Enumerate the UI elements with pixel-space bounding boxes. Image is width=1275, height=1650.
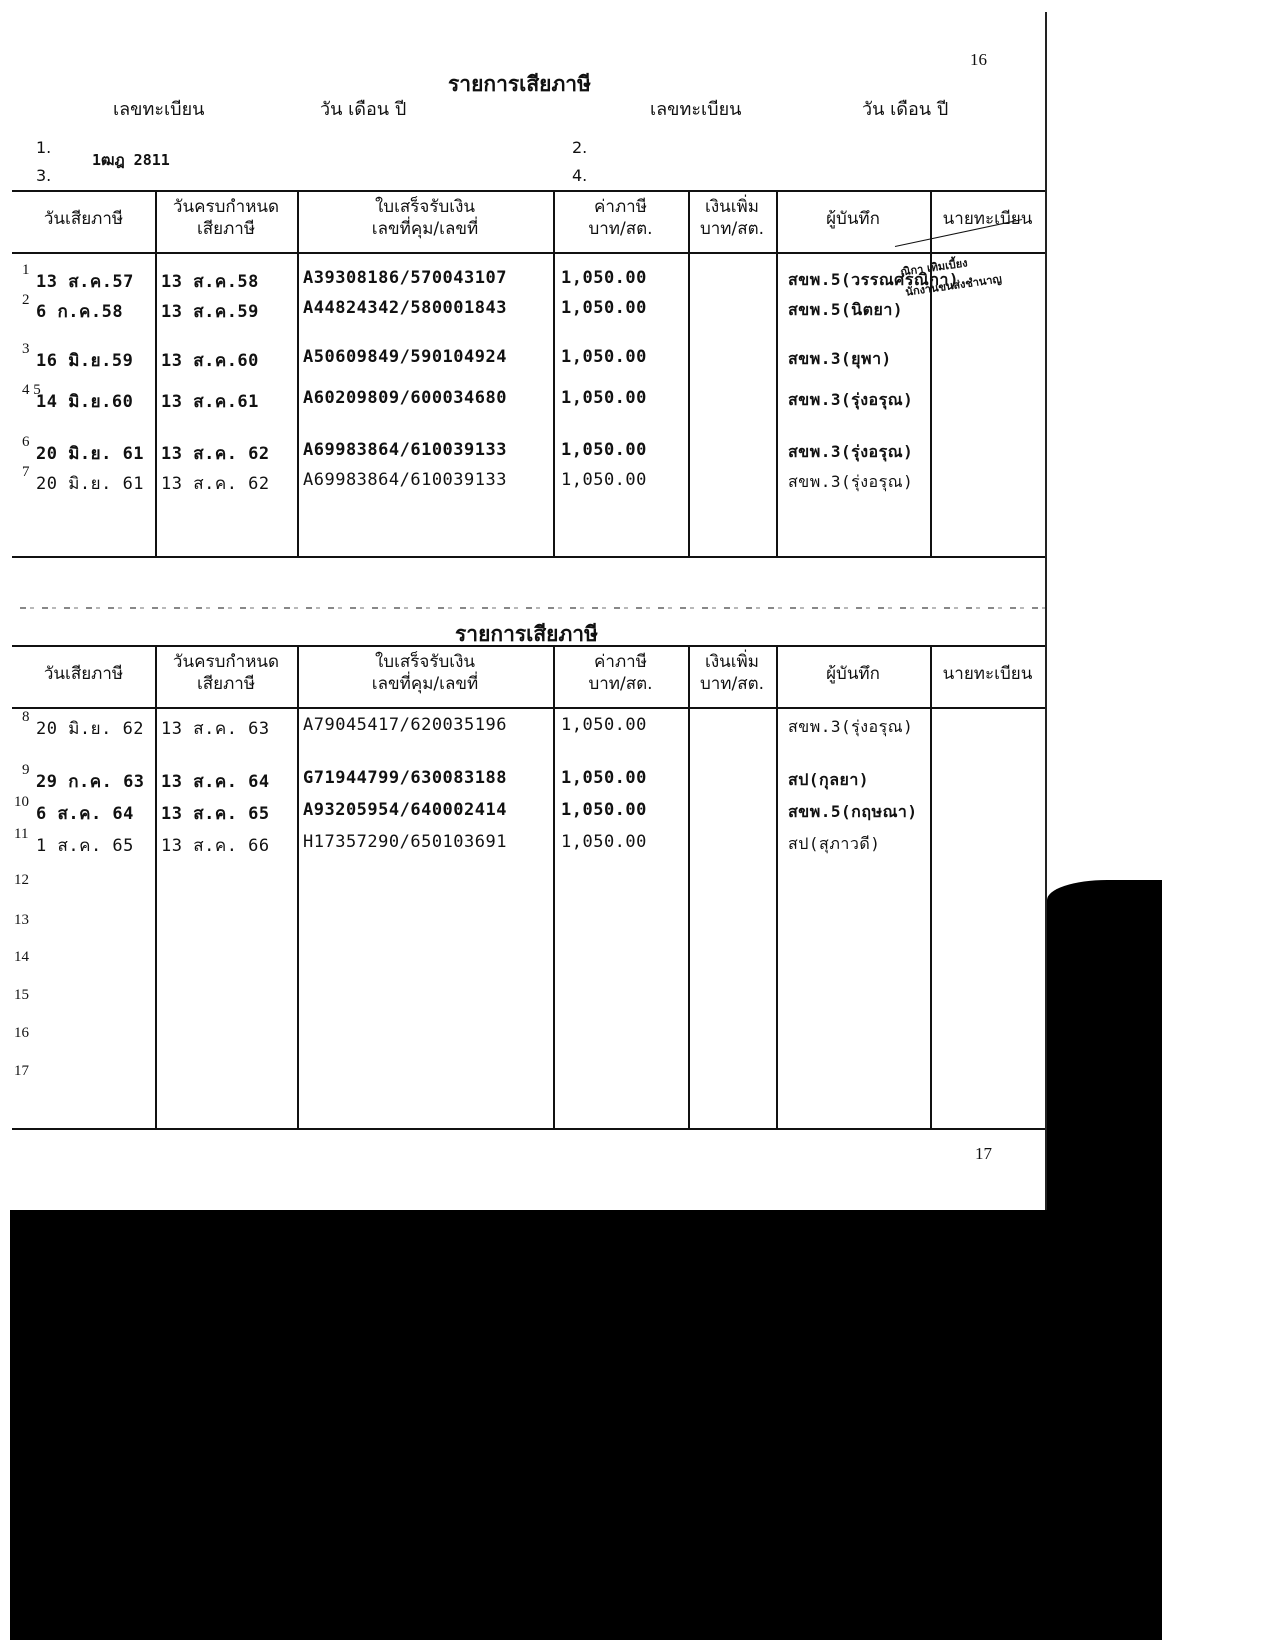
- t1-col-divider: [553, 190, 555, 556]
- t2-receipt-no: G71944799/630083188: [303, 768, 507, 788]
- t2-recorder: สขพ.3(รุ่งอรุณ): [788, 715, 913, 740]
- t1-header-0: วันเสียภาษี: [12, 208, 155, 230]
- t1-recorder: สขพ.3(ยุพา): [788, 347, 892, 372]
- t2-top-border: [12, 645, 1045, 647]
- t2-row-number: 12: [14, 872, 29, 889]
- t2-recorder: สขพ.5(กฤษณา): [788, 800, 918, 825]
- t1-tax-amount: 1,050.00: [561, 347, 647, 367]
- t1-tax-amount: 1,050.00: [561, 440, 647, 460]
- t1-col-divider: [930, 190, 932, 556]
- t2-header-2: ใบเสร็จรับเงินเลขที่คุม/เลขที่: [297, 651, 553, 695]
- t1-header-6: นายทะเบียน: [930, 208, 1045, 230]
- t1-header-5: ผู้บันทึก: [776, 208, 930, 230]
- scan-black-edge: [1047, 880, 1162, 1210]
- t1-paid-date: 13 ส.ค.57: [36, 268, 134, 295]
- t1-row-number: 7: [22, 464, 30, 481]
- t2-row-number: 9: [22, 762, 30, 779]
- t1-due-date: 13 ส.ค.58: [161, 268, 259, 295]
- t1-tax-amount: 1,050.00: [561, 388, 647, 408]
- t2-receipt-no: A79045417/620035196: [303, 715, 507, 735]
- t2-row-number: 11: [14, 826, 28, 843]
- t2-bottom-border: [12, 1128, 1045, 1130]
- t2-row-number: 13: [14, 912, 29, 929]
- t2-row-number: 15: [14, 987, 29, 1004]
- t2-header-border: [12, 707, 1045, 709]
- t1-col-divider: [155, 190, 157, 556]
- t2-row-number: 10: [14, 794, 29, 811]
- t1-paid-date: 20 มิ.ย. 61: [36, 470, 144, 497]
- t2-header-3: ค่าภาษีบาท/สต.: [553, 651, 688, 695]
- t1-header-3: ค่าภาษีบาท/สต.: [553, 196, 688, 240]
- t2-tax-amount: 1,050.00: [561, 768, 647, 788]
- t2-due-date: 13 ส.ค. 63: [161, 715, 270, 742]
- t1-receipt-no: A50609849/590104924: [303, 347, 507, 367]
- t2-col-divider: [553, 645, 555, 1128]
- t2-header-6: นายทะเบียน: [930, 663, 1045, 685]
- t2-header-5: ผู้บันทึก: [776, 663, 930, 685]
- t2-due-date: 13 ส.ค. 64: [161, 768, 270, 795]
- t1-col-divider: [776, 190, 778, 556]
- page-number-bottom: 17: [975, 1144, 992, 1164]
- t1-due-date: 13 ส.ค. 62: [161, 470, 270, 497]
- date-label-left: วัน เดือน ปี: [320, 94, 406, 123]
- t1-tax-amount: 1,050.00: [561, 268, 647, 288]
- t1-recorder: สขพ.5(วรรณศรณิกา): [788, 268, 959, 293]
- t1-col-divider: [688, 190, 690, 556]
- reg-num-4: 4.: [572, 166, 587, 185]
- t2-col-divider: [930, 645, 932, 1128]
- t2-receipt-no: A93205954/640002414: [303, 800, 507, 820]
- t2-header-0: วันเสียภาษี: [12, 663, 155, 685]
- t2-due-date: 13 ส.ค. 65: [161, 800, 270, 827]
- reg-num-3: 3.: [36, 166, 51, 185]
- t2-due-date: 13 ส.ค. 66: [161, 832, 270, 859]
- t1-recorder: สขพ.3(รุ่งอรุณ): [788, 440, 913, 465]
- t1-receipt-no: A39308186/570043107: [303, 268, 507, 288]
- reg-num-2: 2.: [572, 138, 587, 157]
- t1-header-4: เงินเพิ่มบาท/สต.: [688, 196, 776, 240]
- t1-receipt-no: A44824342/580001843: [303, 298, 507, 318]
- t2-row-number: 16: [14, 1025, 29, 1042]
- t1-tax-amount: 1,050.00: [561, 298, 647, 318]
- t1-row-number: 2: [22, 292, 30, 309]
- t1-due-date: 13 ส.ค.59: [161, 298, 259, 325]
- t1-paid-date: 16 มิ.ย.59: [36, 347, 133, 374]
- t1-header-1: วันครบกำหนดเสียภาษี: [155, 196, 297, 240]
- t2-tax-amount: 1,050.00: [561, 832, 647, 852]
- t1-paid-date: 6 ก.ค.58: [36, 298, 123, 325]
- t1-tax-amount: 1,050.00: [561, 470, 647, 490]
- scan-black-area: [10, 1210, 1162, 1640]
- t1-paid-date: 14 มิ.ย.60: [36, 388, 133, 415]
- t1-col-divider: [297, 190, 299, 556]
- page-number-top: 16: [970, 50, 987, 70]
- t2-paid-date: 20 มิ.ย. 62: [36, 715, 144, 742]
- t2-recorder: สป(กุลยา): [788, 768, 869, 793]
- t1-bottom-border: [12, 556, 1045, 558]
- reg-label-left: เลขทะเบียน: [113, 94, 204, 123]
- t1-recorder: สขพ.5(นิตยา): [788, 298, 903, 323]
- scan-noise-line: [20, 607, 1045, 609]
- t1-header-border: [12, 252, 1045, 254]
- t2-row-number: 14: [14, 949, 29, 966]
- t1-due-date: 13 ส.ค.60: [161, 347, 259, 374]
- t1-receipt-no: A69983864/610039133: [303, 470, 507, 490]
- t1-receipt-no: A69983864/610039133: [303, 440, 507, 460]
- t1-recorder: สขพ.3(รุ่งอรุณ): [788, 388, 913, 413]
- t2-receipt-no: H17357290/650103691: [303, 832, 507, 852]
- reg-label-right: เลขทะเบียน: [650, 94, 741, 123]
- t1-header-2: ใบเสร็จรับเงินเลขที่คุม/เลขที่: [297, 196, 553, 240]
- t2-header-1: วันครบกำหนดเสียภาษี: [155, 651, 297, 695]
- date-label-right: วัน เดือน ปี: [862, 94, 948, 123]
- t2-header-4: เงินเพิ่มบาท/สต.: [688, 651, 776, 695]
- t2-recorder: สป(สุภาวดี): [788, 832, 880, 857]
- t1-recorder: สขพ.3(รุ่งอรุณ): [788, 470, 913, 495]
- t1-top-border: [12, 190, 1045, 192]
- t1-row-number: 1: [22, 262, 30, 279]
- t2-col-divider: [155, 645, 157, 1128]
- t2-tax-amount: 1,050.00: [561, 715, 647, 735]
- t1-row-number: 3: [22, 341, 30, 358]
- reg-num-1: 1.: [36, 138, 51, 157]
- t2-paid-date: 6 ส.ค. 64: [36, 800, 134, 827]
- t2-tax-amount: 1,050.00: [561, 800, 647, 820]
- section-title-top: รายการเสียภาษี: [448, 68, 591, 101]
- t1-due-date: 13 ส.ค.61: [161, 388, 259, 415]
- t2-row-number: 17: [14, 1063, 29, 1080]
- t2-row-number: 8: [22, 709, 30, 726]
- t2-paid-date: 29 ก.ค. 63: [36, 768, 145, 795]
- t1-due-date: 13 ส.ค. 62: [161, 440, 270, 467]
- t2-paid-date: 1 ส.ค. 65: [36, 832, 134, 859]
- t1-row-number: 6: [22, 434, 30, 451]
- t1-receipt-no: A60209809/600034680: [303, 388, 507, 408]
- t2-col-divider: [776, 645, 778, 1128]
- t1-paid-date: 20 มิ.ย. 61: [36, 440, 144, 467]
- t2-col-divider: [688, 645, 690, 1128]
- t2-col-divider: [297, 645, 299, 1128]
- reg-value-1: 1ฒฎ 2811: [92, 148, 170, 172]
